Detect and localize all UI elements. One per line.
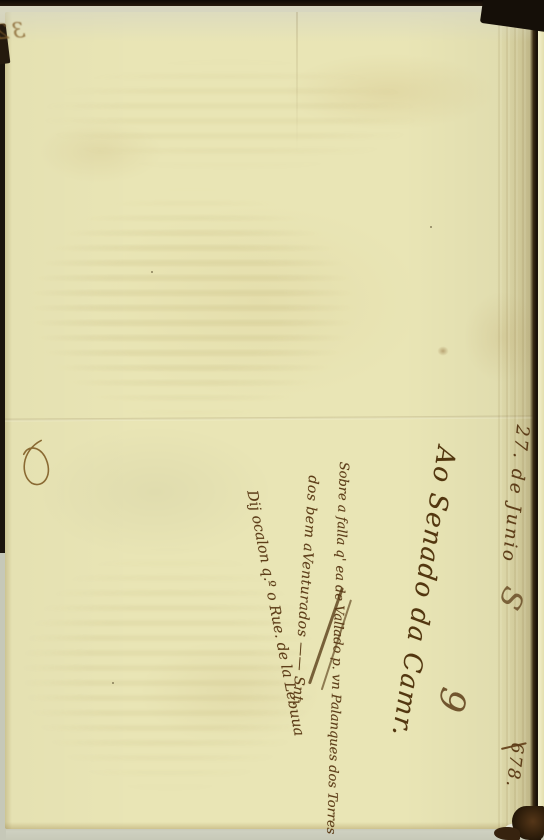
binding-dark-blob-small [494,827,520,840]
ink-speck [151,271,153,273]
ink-showthrough-upper [40,58,420,173]
adjacent-page-edge [538,26,544,814]
ink-speck [112,682,114,684]
ink-showthrough-middle [25,185,360,425]
vertical-fold-crease [296,12,298,152]
ink-speck [430,226,432,228]
right-fold-streaks [498,12,532,829]
photographed-manuscript-scene: 329 27. de Junio S Ao Senado da Camr. 9 … [0,0,544,840]
